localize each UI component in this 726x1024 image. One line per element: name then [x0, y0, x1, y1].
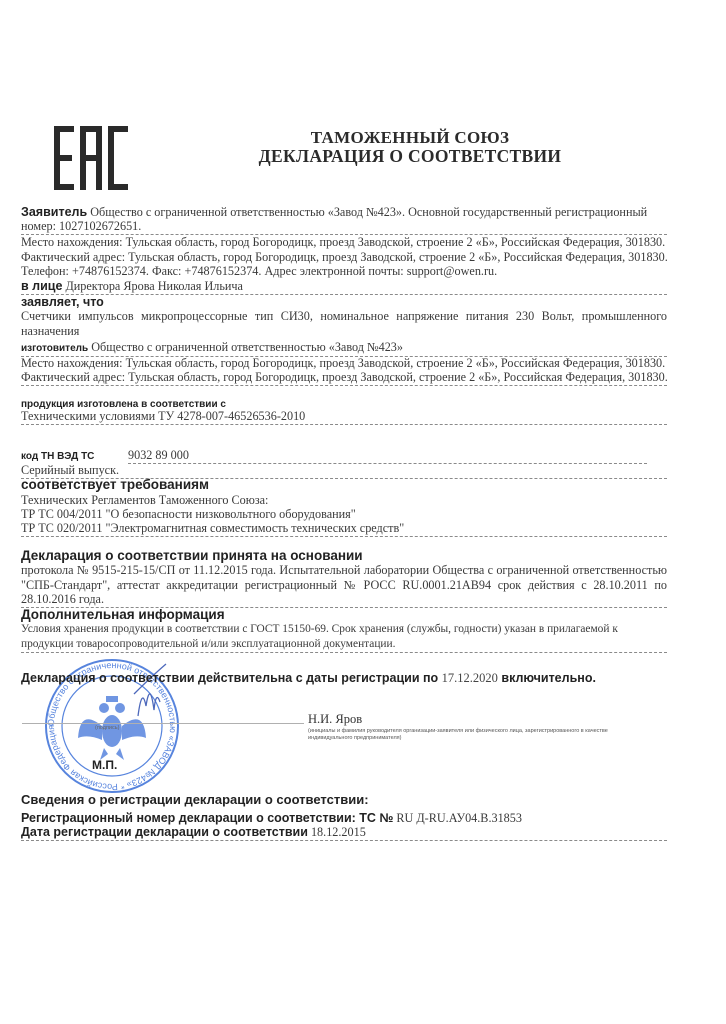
signer-caption: (инициалы и фамилия руководителя организ… [308, 728, 638, 742]
signer-name: Н.И. Яров [308, 712, 362, 727]
basis-line: протокола № 9515-215-15/СП от 11.12.2015… [21, 563, 667, 578]
requirements-label: соответствует требованиям [21, 477, 667, 492]
manufacturer-name: Общество с ограниченной ответственностью… [91, 340, 403, 354]
eac-logo-icon [52, 124, 130, 192]
additional-line: продукции товаросопроводительной и/или э… [21, 637, 667, 653]
basis-label: Декларация о соответствии принята на осн… [21, 548, 667, 563]
signature-caption: (подпись) [95, 725, 119, 731]
applicant-name: Общество с ограниченной ответственностью… [90, 205, 647, 219]
applicant-person: в лице Директора Ярова Николая Ильича [21, 279, 667, 295]
person-label: в лице [21, 279, 62, 293]
manufacturer-actual-address: Фактический адрес: Тульская область, гор… [21, 370, 667, 386]
applicant-line: Заявитель Общество с ограниченной ответс… [21, 205, 667, 220]
validity-prefix: Декларация о соответствии действительна … [21, 671, 438, 685]
code-line: код ТН ВЭД ТС9032 89 000 [21, 448, 647, 464]
registration-date-label: Дата регистрации декларации о соответств… [21, 825, 308, 839]
validity-date: 17.12.2020 [442, 671, 498, 685]
requirement-item: ТР ТС 004/2011 "О безопасности низковоль… [21, 507, 667, 522]
union-title: ТАМОЖЕННЫЙ СОЮЗ [160, 128, 660, 148]
applicant-ogrn: номер: 1027102672651. [21, 219, 667, 235]
validity-suffix: включительно. [501, 671, 596, 685]
signature-line [22, 723, 304, 724]
product-description-cont: назначения [21, 324, 667, 339]
manufacturer-location: Место нахождения: Тульская область, горо… [21, 356, 667, 371]
requirement-item: ТР ТС 020/2011 "Электромагнитная совмест… [21, 521, 667, 537]
additional-line: Условия хранения продукции в соответстви… [21, 622, 667, 637]
applicant-label: Заявитель [21, 205, 87, 219]
code-label: код ТН ВЭД ТС [21, 449, 128, 464]
applicant-location: Место нахождения: Тульская область, горо… [21, 235, 667, 250]
code-value: 9032 89 000 [128, 448, 647, 464]
manufacturer-label: изготовитель [21, 343, 88, 354]
manufacturer-line: изготовитель Общество с ограниченной отв… [21, 340, 667, 357]
declaration-title: ДЕКЛАРАЦИЯ О СООТВЕТСТВИИ [160, 146, 660, 167]
validity-line: Декларация о соответствии действительна … [21, 671, 667, 686]
additional-label: Дополнительная информация [21, 607, 667, 622]
registration-number-label: Регистрационный номер декларации о соотв… [21, 811, 393, 825]
product-description: Счетчики импульсов микропроцессорные тип… [21, 309, 667, 324]
applicant-actual-address: Фактический адрес: Тульская область, гор… [21, 250, 667, 265]
person-name: Директора Ярова Николая Ильича [65, 279, 242, 293]
applicant-contacts: Телефон: +74876152374. Факс: +7487615237… [21, 264, 667, 279]
produced-spec: Техническими условиями ТУ 4278-007-46526… [21, 409, 667, 425]
registration-label: Сведения о регистрации декларации о соот… [21, 792, 667, 807]
basis-line: "СПБ-Стандарт", аттестат аккредитации ре… [21, 578, 667, 593]
basis-line: 28.10.2016 года. [21, 592, 667, 608]
registration-number-line: Регистрационный номер декларации о соотв… [21, 811, 667, 826]
requirements-intro: Технических Регламентов Таможенного Союз… [21, 493, 667, 508]
seal-label: М.П. [92, 758, 117, 772]
registration-date: 18.12.2015 [311, 825, 366, 839]
registration-date-line: Дата регистрации декларации о соответств… [21, 825, 667, 841]
declares-label: заявляет, что [21, 295, 667, 310]
registration-number: RU Д-RU.АУ04.В.31853 [396, 811, 522, 825]
